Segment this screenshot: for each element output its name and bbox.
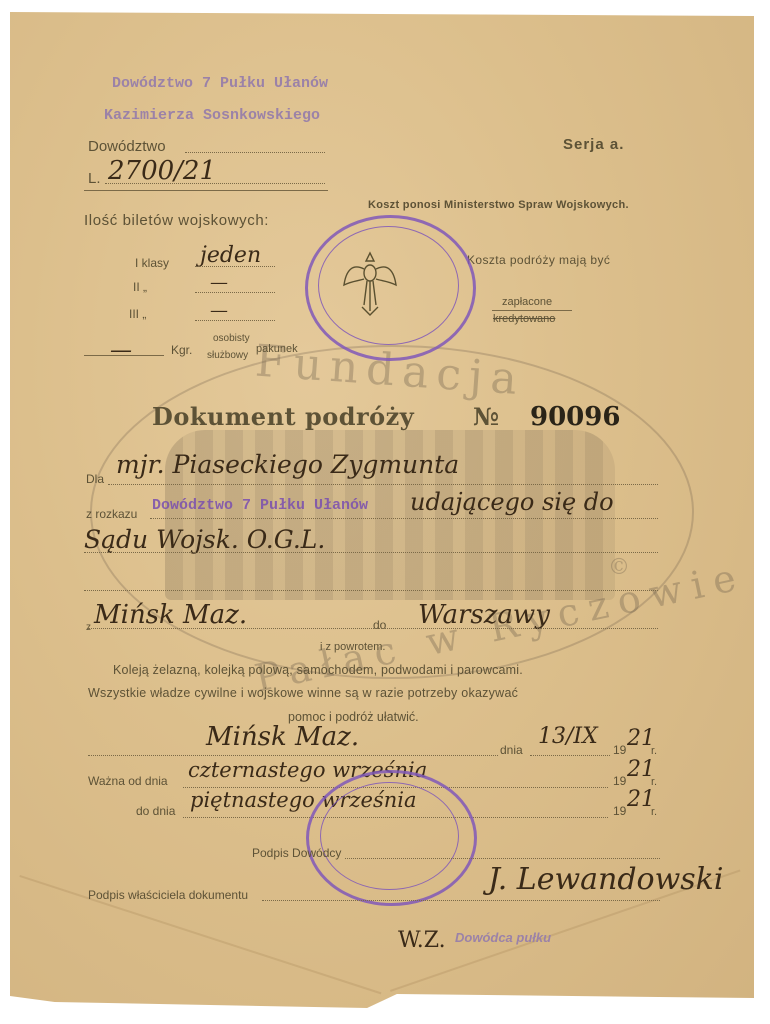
document-title: Dokument podróży [152,402,414,431]
issue-place-value: Mińsk Maz. [206,722,359,752]
class-1-value: jeden [200,243,261,268]
costs-label: Koszta podróży mają być [467,253,610,267]
owner-signature-label: Podpis właściciela dokumentu [88,888,248,902]
cost-bearer-note: Koszt ponosi Ministerstwo Spraw Wojskowy… [368,199,629,211]
costs-divider [492,310,572,311]
kgr-value: — [110,338,132,363]
from-to-line [88,628,658,629]
footer-initials: W.Z. [398,928,446,953]
class-2-label: II „ [133,280,147,294]
z-rozkazu-line [150,518,658,519]
eagle-emblem-icon [340,245,400,325]
document-number: 90096 [530,402,620,432]
header-stamp-line2: Kazimierza Sosnkowskiego [104,107,320,124]
dowodztwo-line [185,152,325,153]
kgr-option-osobisty: osobisty [213,333,250,344]
class-2-line [195,292,275,293]
class-3-value: — [210,300,228,321]
to-value: Warszawy [418,600,550,630]
kgr-option-sluzbowy: służbowy [207,350,248,361]
round-stamp-bottom-inner-ring [320,782,459,890]
dnia-label: dnia [500,743,523,757]
commander-signature-label: Podpis Dowódcy [252,846,341,860]
year-prefix: 19 [613,743,626,757]
l-value: 2700/21 [108,156,216,186]
header-stamp-line1: Dowództwo 7 Pułku Ułanów [112,75,328,92]
l-underline [84,190,328,191]
authorities-line-1: Wszystkie władze cywilne i wojskowe winn… [88,686,518,700]
kgr-line [84,355,164,356]
transport-line: Koleją żelazną, kolejką polową, samochod… [113,663,523,677]
commander-signature: J. Lewandowski [488,862,723,897]
class-3-label: III „ [129,307,146,321]
issue-date-value: 13/IX [538,724,598,749]
dla-label: Dla [86,472,104,486]
dla-value: mjr. Piaseckiego Zygmunta [116,450,459,479]
pakunek-label: pakunek [256,343,298,355]
return-label: i z powrotem. [320,641,385,653]
valid-to-label: do dnia [136,804,175,818]
z-rozkazu-label: z rozkazu [86,507,137,521]
issue-date-line [530,755,610,756]
year-suffix: r. [651,745,657,757]
blank-line [84,590,658,591]
valid-from-year-prefix: 19 [613,774,626,788]
class-1-line [195,266,275,267]
serja-label: Serja a. [563,136,624,153]
dowodztwo-label: Dowództwo [88,138,166,155]
copyright-icon: © [608,555,630,580]
valid-from-label: Ważna od dnia [88,774,168,788]
number-sign: № [473,402,499,431]
to-label: do [373,618,386,632]
class-1-label: I klasy [135,256,169,270]
commander-signature-line [345,858,660,859]
l-line [105,183,325,184]
tickets-label: Ilość biletów wojskowych: [84,212,269,229]
destination-value: Sądu Wojsk. O.G.L. [84,525,325,554]
kgr-label: Kgr. [171,343,192,357]
l-label: L. [88,170,101,187]
from-value: Mińsk Maz. [94,600,247,630]
valid-to-year-suffix: r. [651,806,657,818]
issue-place-line [88,755,498,756]
costs-option-paid: zapłacone [502,296,552,308]
destination-line [84,552,658,553]
class-3-line [195,320,275,321]
z-rozkazu-stamp: Dowództwo 7 Pułku Ułanów [152,497,368,514]
class-2-value: — [210,272,228,293]
owner-signature-line [262,900,660,901]
dla-line [108,484,658,485]
valid-to-year-prefix: 19 [613,804,626,818]
z-rozkazu-value: udającego się do [410,488,614,516]
footer-stamp: Dowódca pułku [455,930,551,945]
costs-option-credited: kredytowano [493,313,555,325]
